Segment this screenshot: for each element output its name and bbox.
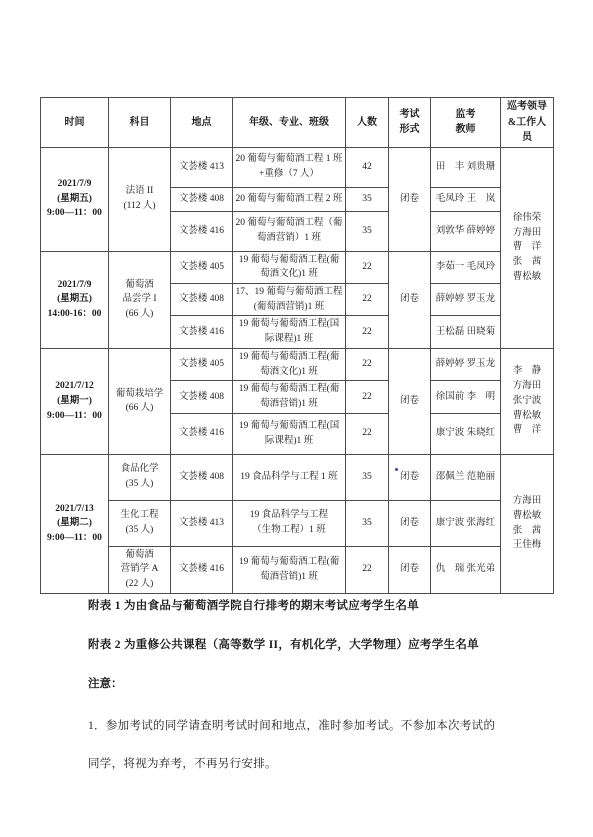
class-cell: 19 葡萄与葡萄酒工程(葡 萄酒营销)1 班: [233, 381, 346, 413]
subject-cell: 法语 II (112 人): [109, 147, 171, 251]
invigilators-cell: 徐国前 李 明: [431, 381, 501, 413]
location-cell: 文荟楼 408: [171, 187, 233, 211]
class-cell: 20 葡萄与葡萄酒工程（葡 萄酒营销）1 班: [233, 211, 346, 251]
count-cell: 22: [346, 316, 389, 348]
table-row: 2021/7/13 (星期二) 9:00—11：00 食品化学 (35 人) 文…: [41, 454, 554, 500]
time-cell: 2021/7/9 (星期五) 9:00—11：00: [41, 147, 109, 251]
class-cell: 19 葡萄与葡萄酒工程(国 际课程)1 班: [233, 413, 346, 454]
invigilators-cell: 王松磊 田晓菊: [431, 316, 501, 348]
table-row: 葡萄酒 营销学 A (22 人) 文荟楼 416 19 葡萄与葡萄酒工程(葡 萄…: [41, 546, 554, 593]
class-cell: 19 食品科学与工程 1 班: [233, 454, 346, 500]
location-cell: 文荟楼 413: [171, 147, 233, 187]
invigilators-cell: 李茹一 毛凤玲: [431, 251, 501, 283]
subject-cell: 食品化学 (35 人): [109, 454, 171, 500]
location-cell: 文荟楼 416: [171, 413, 233, 454]
count-cell: 22: [346, 546, 389, 593]
subject-cell: 葡萄酒 品尝学 I (66 人): [109, 251, 171, 348]
count-cell: 35: [346, 187, 389, 211]
time-cell: 2021/7/13 (星期二) 9:00—11：00: [41, 454, 109, 593]
subject-cell: 葡萄栽培学 (66 人): [109, 348, 171, 454]
col-header-count: 人数: [346, 98, 389, 148]
time-cell: 2021/7/9 (星期五) 14:00-16：00: [41, 251, 109, 348]
table-row: 2021/7/9 (星期五) 9:00—11：00 法语 II (112 人) …: [41, 147, 554, 187]
format-cell: 闭卷: [389, 251, 431, 348]
location-cell: 文荟楼 416: [171, 316, 233, 348]
col-header-class: 年级、专业、班级: [233, 98, 346, 148]
inspectors-cell: 方海田 曹松敏 张 茜 王佳梅: [501, 454, 554, 593]
appendix-1-note: 附表 1 为由食品与葡萄酒学院自行排考的期末考试应考学生名单: [88, 597, 528, 613]
invigilators-cell: 刘敦华 薛婷婷: [431, 211, 501, 251]
col-header-subject: 科目: [109, 98, 171, 148]
count-cell: 22: [346, 413, 389, 454]
format-cell: 闭卷: [389, 454, 431, 500]
format-cell: 闭卷: [389, 546, 431, 593]
count-cell: 22: [346, 348, 389, 380]
appendix-2-note: 附表 2 为重修公共课程（高等数学 II，有机化学，大学物理）应考学生名单: [88, 636, 528, 652]
count-cell: 22: [346, 283, 389, 315]
count-cell: 35: [346, 211, 389, 251]
invigilators-cell: 田 丰 刘贵珊: [431, 147, 501, 187]
invigilators-cell: 仇 瑞 张光弟: [431, 546, 501, 593]
location-cell: 文荟楼 416: [171, 546, 233, 593]
col-header-invigilators: 监考 教师: [431, 98, 501, 148]
table-row: 生化工程 (35 人) 文荟楼 413 19 食品科学与工程 （生物工程）1 班…: [41, 500, 554, 546]
class-cell: 19 葡萄与葡萄酒工程(国 际课程)1 班: [233, 316, 346, 348]
class-cell: 19 葡萄与葡萄酒工程(葡 萄酒营销)1 班: [233, 546, 346, 593]
class-cell: 17、19 葡萄与葡萄酒工程 (葡萄酒营销)1 班: [233, 283, 346, 315]
count-cell: 22: [346, 381, 389, 413]
class-cell: 19 葡萄与葡萄酒工程(葡 萄酒文化)1 班: [233, 251, 346, 283]
document-page: 时间 科目 地点 年级、专业、班级 人数 考试 形式 监考 教师 巡考领导 &工…: [0, 0, 593, 837]
inspectors-cell: 李 静 方海田 张宁波 曹松敏 曹 洋: [501, 348, 554, 454]
subject-cell: 生化工程 (35 人): [109, 500, 171, 546]
exam-schedule-table: 时间 科目 地点 年级、专业、班级 人数 考试 形式 监考 教师 巡考领导 &工…: [40, 97, 554, 594]
col-header-inspectors: 巡考领导 &工作人 员: [501, 98, 554, 148]
location-cell: 文荟楼 408: [171, 283, 233, 315]
time-cell: 2021/7/12 (星期一) 9:00—11：00: [41, 348, 109, 454]
table-row: 2021/7/12 (星期一) 9:00—11：00 葡萄栽培学 (66 人) …: [41, 348, 554, 380]
format-cell: 闭卷: [389, 500, 431, 546]
invigilators-cell: 康宁波 张海红: [431, 500, 501, 546]
attention-label: 注意：: [88, 675, 528, 691]
table-row: 2021/7/9 (星期五) 14:00-16：00 葡萄酒 品尝学 I (66…: [41, 251, 554, 283]
location-cell: 文荟楼 408: [171, 381, 233, 413]
class-cell: 20 葡萄与葡萄酒工程 2 班: [233, 187, 346, 211]
count-cell: 22: [346, 251, 389, 283]
inspectors-cell: 徐伟荣 方海田 曹 洋 张 茜 曹松敏: [501, 147, 554, 348]
class-cell: 19 食品科学与工程 （生物工程）1 班: [233, 500, 346, 546]
location-cell: 文荟楼 416: [171, 211, 233, 251]
invigilators-cell: 邵佩兰 范艳丽: [431, 454, 501, 500]
notice-item-1: 1．参加考试的同学请查明考试时间和地点，准时参加考试。不参加本次考试的 同学，将…: [88, 707, 528, 783]
location-cell: 文荟楼 405: [171, 251, 233, 283]
location-cell: 文荟楼 413: [171, 500, 233, 546]
format-cell: 闭卷: [389, 147, 431, 251]
header-row: 时间 科目 地点 年级、专业、班级 人数 考试 形式 监考 教师 巡考领导 &工…: [41, 98, 554, 148]
count-cell: 35: [346, 454, 389, 500]
footer-notes: 附表 1 为由食品与葡萄酒学院自行排考的期末考试应考学生名单 附表 2 为重修公…: [88, 597, 528, 783]
invigilators-cell: 薛婷婷 罗玉龙: [431, 283, 501, 315]
stray-annotation-dot: [395, 468, 398, 471]
location-cell: 文荟楼 405: [171, 348, 233, 380]
invigilators-cell: 康宁波 朱晓红: [431, 413, 501, 454]
subject-cell: 葡萄酒 营销学 A (22 人): [109, 546, 171, 593]
class-cell: 19 葡萄与葡萄酒工程(葡 萄酒文化)1 班: [233, 348, 346, 380]
count-cell: 35: [346, 500, 389, 546]
col-header-location: 地点: [171, 98, 233, 148]
format-cell: 闭卷: [389, 348, 431, 454]
col-header-time: 时间: [41, 98, 109, 148]
invigilators-cell: 毛凤玲 王 岚: [431, 187, 501, 211]
invigilators-cell: 薛婷婷 罗玉龙: [431, 348, 501, 380]
location-cell: 文荟楼 408: [171, 454, 233, 500]
count-cell: 42: [346, 147, 389, 187]
col-header-format: 考试 形式: [389, 98, 431, 148]
class-cell: 20 葡萄与葡萄酒工程 1 班 +重修（7 人）: [233, 147, 346, 187]
